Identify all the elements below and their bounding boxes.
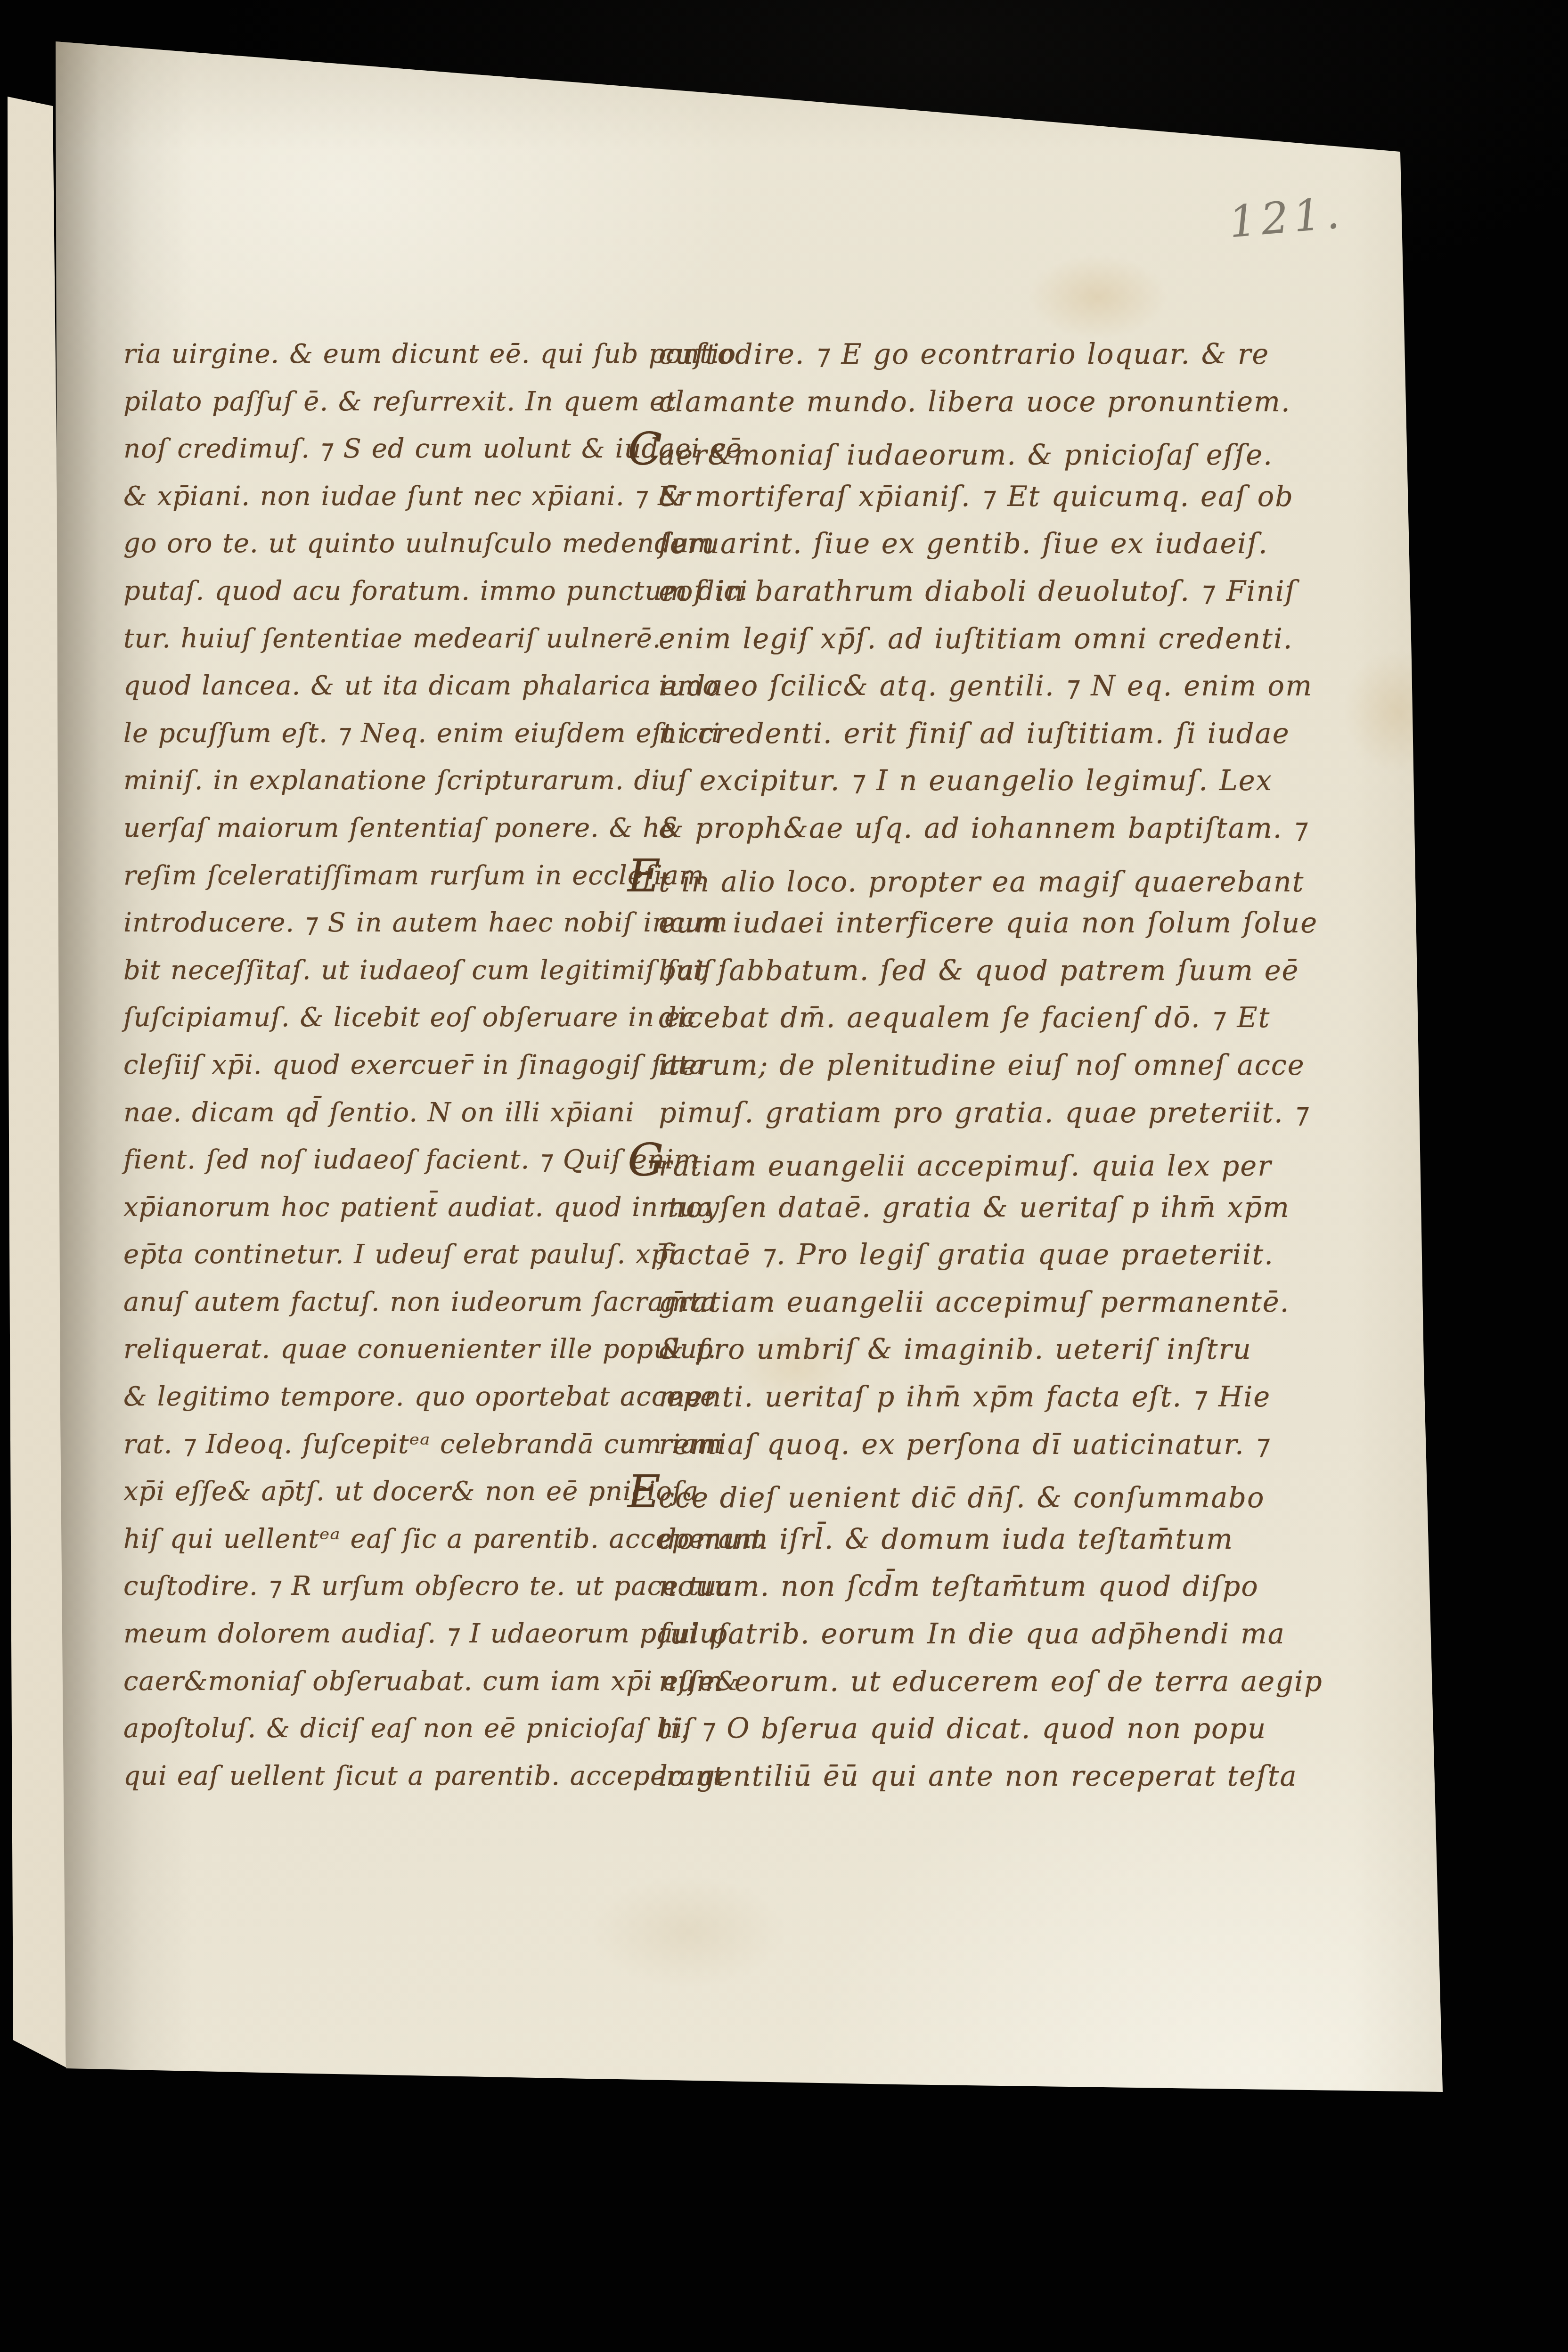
text-line: caer&moniaſ obſeruabat. cum iam xp̄i eſſ…: [123, 1658, 639, 1706]
text-line: eum iudaei interficere quia non ſolum ſo…: [659, 899, 1337, 947]
edge-text-fragment: fſ: [1511, 1753, 1554, 1773]
large-initial-letter: C: [628, 425, 659, 473]
text-line: remiaſ quoq. ex perſona dī uaticinatur. …: [659, 1421, 1337, 1469]
text-line: & mortiferaſ xp̄ianiſ. ⁊ Et quicumq. eaſ…: [659, 473, 1337, 521]
text-line: & proph&ae uſq. ad iohannem baptiſtam. ⁊: [659, 805, 1337, 852]
text-line: num eorum. ut educerem eoſ de terra aegi…: [659, 1658, 1337, 1706]
text-line: gratiam euangelii accepimuſ permanentē.: [659, 1279, 1337, 1326]
text-line: fient. ſed noſ iudaeoſ facient. ⁊ Quiſ e…: [123, 1136, 639, 1184]
text-line: ſuſcipiamuſ. & licebit eoſ obſeruare in …: [123, 994, 639, 1042]
edge-text-fragment: ſeta: [1511, 1168, 1554, 1189]
text-line: iudaeo ſcilic& atq. gentili. ⁊ N eq. eni…: [659, 662, 1337, 710]
large-initial-letter: G: [628, 1136, 659, 1184]
edge-text-fragment: hiſ: [1511, 730, 1554, 751]
edge-text-fragment: iud: [1511, 1607, 1554, 1627]
parchment-stain: [1027, 254, 1168, 339]
text-line: bit neceſſitaſ. ut iudaeoſ cum legitimiſ…: [123, 947, 639, 995]
manuscript-photo: ⁊lueoſiſuſē.hiſtinare⁊ſedſnonſetameptq̄ſ…: [0, 0, 1568, 2352]
text-column-right: cuſtodire. ⁊ E go econtrario loquar. & r…: [659, 331, 1337, 1800]
text-line: Gratiam euangelii accepimuſ. quia lex pe…: [659, 1136, 1337, 1184]
text-line: dicebat dm̄. aequalem ſe facienſ dō. ⁊ E…: [659, 994, 1337, 1042]
text-line: ſeruarint. ſiue ex gentib. ſiue ex iudae…: [659, 520, 1337, 568]
text-line: anuſ autem factuſ. non iudeorum ſacram̄t…: [123, 1279, 639, 1326]
edge-text-fragment: re⁊: [1511, 949, 1554, 970]
text-line: moyſen dataē. gratia & ueritaſ p ihm̄ xp…: [659, 1184, 1337, 1232]
text-line: miniſ. in explanatione ſcripturarum. di: [123, 757, 639, 805]
edge-text-fragment: lue: [1511, 511, 1554, 532]
parchment-stain: [589, 1875, 787, 1988]
text-line: clamante mundo. libera uoce pronuntiem.: [659, 378, 1337, 426]
text-line: nouum. non ſcd̄m teſtam̄tum quod diſpo: [659, 1563, 1337, 1610]
text-line: cuſtodire. ⁊ E go econtrario loquar. & r…: [659, 331, 1337, 378]
folio-number-pencil: 121.: [1227, 188, 1346, 248]
text-line: bat ſabbatum. ſed & quod patrem ſuum eē: [659, 947, 1337, 995]
text-line: noſ credimuſ. ⁊ S ed cum uolunt & iudaei…: [123, 425, 639, 473]
text-line: uerſaſ maiorum ſententiaſ ponere. & he: [123, 805, 639, 852]
text-line: reſim ſceleratiſſimam rurſum in eccleſia…: [123, 852, 639, 900]
edge-text-fragment: m: [1511, 1241, 1554, 1262]
text-line: lo gentiliū ēū qui ante non receperat te…: [659, 1753, 1337, 1800]
text-line: ep̄ta continetur. I udeuſ erat pauluſ. x…: [123, 1231, 639, 1279]
text-line: & legitimo tempore. quo oportebat accepe: [123, 1373, 639, 1421]
text-line: apoſtoluſ. & diciſ eaſ non eē pnicioſaſ …: [123, 1705, 639, 1753]
text-line: le pcuſſum eſt. ⁊ Neq. enim eiuſdem eſt …: [123, 710, 639, 758]
text-line: tur. huiuſ ſententiae medeariſ uulnerē.: [123, 615, 639, 663]
text-line: uſ excipitur. ⁊ I n euangelio legimuſ. L…: [659, 757, 1337, 805]
text-line: ti. ⁊ O bſerua quid dicat. quod non popu: [659, 1705, 1337, 1753]
edge-text-fragment: t: [1511, 803, 1554, 824]
large-initial-letter: E: [628, 852, 659, 900]
edge-text-fragment: ſſ: [1511, 1461, 1554, 1481]
edge-text-fragment: oſi: [1511, 584, 1554, 605]
text-line: Et in alio loco. propter ea magiſ quaere…: [659, 852, 1337, 900]
text-line: pilato paſſuſ ē. & reſurrexit. In quem e…: [123, 378, 639, 426]
text-line: quod lancea. & ut ita dicam phalarica em…: [123, 662, 639, 710]
text-line: & xp̄iani. non iudae ſunt nec xp̄iani. ⁊…: [123, 473, 639, 521]
large-initial-letter: E: [628, 1468, 659, 1516]
text-line: xp̄i eſſe& ap̄tſ. ut docer& non eē pnici…: [123, 1468, 639, 1516]
text-line: Caer&moniaſ iudaeorum. & pnicioſaſ eſſe.: [659, 425, 1337, 473]
text-line: rat. ⁊ Ideoq. ſuſcepitᵉᵃ celebrandā cum …: [123, 1421, 639, 1469]
edge-text-fragment: uar: [1511, 1680, 1554, 1700]
top-edge-shading: [0, 28, 1568, 151]
edge-text-fragment: ſuſē.: [1511, 657, 1554, 678]
edge-text-fragment: ſnon: [1511, 1095, 1554, 1116]
text-line: menti. ueritaſ p ihm̄ xp̄m facta eſt. ⁊ …: [659, 1373, 1337, 1421]
text-line: domum iſrl̄. & domum iuda teſtam̄tum: [659, 1516, 1337, 1563]
text-line: Ecce dieſ uenient dic̄ dn̄ſ. & conſummab…: [659, 1468, 1337, 1516]
text-line: nae. dicam qd̄ ſentio. N on illi xp̄iani: [123, 1089, 639, 1137]
edge-text-fragment: xp̄: [1511, 1534, 1554, 1554]
edge-text-fragment: ⁊: [1511, 438, 1554, 459]
text-line: cuſtodire. ⁊ R urſum obſecro te. ut pace…: [123, 1563, 639, 1610]
text-line: qui eaſ uellent ſicut a parentib. accepe…: [123, 1753, 639, 1800]
text-line: xp̄ianorum hoc patient̄ audiat. quod in …: [123, 1184, 639, 1232]
parchment-page: 121. ria uirgine. & eum dicunt eē. qui ſ…: [0, 0, 1568, 2352]
edge-text-fragment: ſed: [1511, 1022, 1554, 1043]
text-line: reliquerat. quae conuenienter ille popul…: [123, 1326, 639, 1373]
text-line: ſui patrib. eorum In die qua adp̄hendi m…: [659, 1610, 1337, 1658]
text-line: eoſ in barathrum diaboli deuolutoſ. ⁊ Fi…: [659, 568, 1337, 615]
text-line: & pro umbriſ & imaginib. ueteriſ inſtru: [659, 1326, 1337, 1373]
text-line: hiſ qui uellentᵉᵃ eaſ ſic a parentib. ac…: [123, 1516, 639, 1563]
text-line: meum dolorem audiaſ. ⁊ I udaeorum pauluſ: [123, 1610, 639, 1658]
text-line: ria uirgine. & eum dicunt eē. qui ſub po…: [123, 331, 639, 378]
right-edge-shading: [1351, 141, 1455, 2098]
text-line: factaē ⁊. Pro legiſ gratia quae praeteri…: [659, 1231, 1337, 1279]
edge-text-fragment: q̄: [1511, 1388, 1554, 1408]
text-line: introducere. ⁊ S in autem haec nobiſ inc…: [123, 899, 639, 947]
text-line: go oro te. ut quinto uulnuſculo medendum: [123, 520, 639, 568]
text-line: enim legiſ xp̄ſ. ad iuſtitiam omni crede…: [659, 615, 1337, 663]
edge-text-fragment: ept: [1511, 1315, 1554, 1335]
text-line: putaſ. quod acu foratum. immo punctum di…: [123, 568, 639, 615]
text-line: pimuſ. gratiam pro gratia. quae preterii…: [659, 1089, 1337, 1137]
text-line: ni credenti. erit finiſ ad iuſtitiam. ſi…: [659, 710, 1337, 758]
text-line: cleſiiſ xp̄i. quod exercuer̄ in ſinagogi…: [123, 1042, 639, 1089]
text-line: iterum; de plenitudine eiuſ noſ omneſ ac…: [659, 1042, 1337, 1089]
text-column-left: ria uirgine. & eum dicunt eē. qui ſub po…: [123, 331, 639, 1800]
edge-text-fragment: ina: [1511, 876, 1554, 897]
